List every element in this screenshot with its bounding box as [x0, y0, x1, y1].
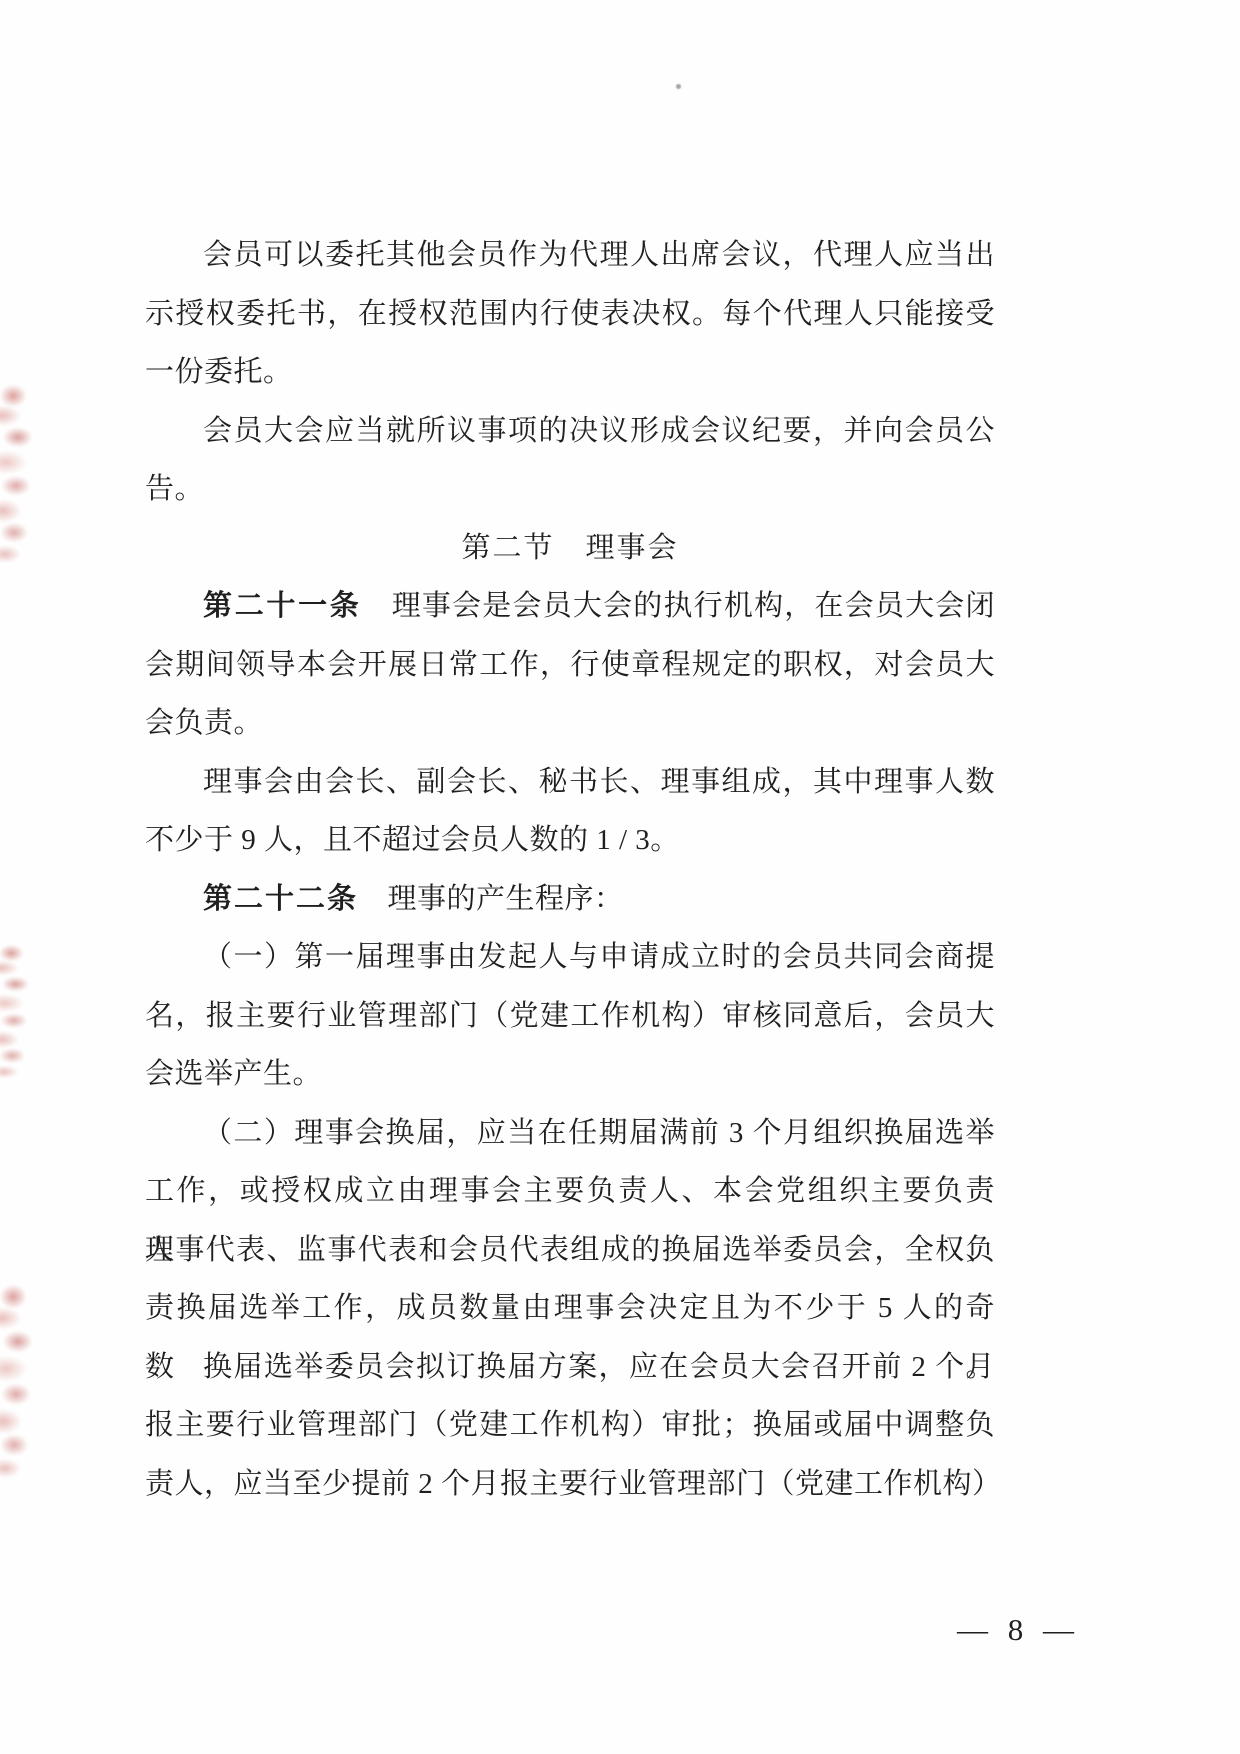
document-page: 会员可以委托其他会员作为代理人出席会议，代理人应当出示授权委托书，在授权范围内行… [0, 0, 1240, 1754]
red-stamp-remnant [0, 385, 38, 565]
text-line: 会负责。 [145, 694, 995, 753]
text-line: 第二十一条 理事会是会员大会的执行机构，在会员大会闭 [145, 577, 995, 636]
text-line: 工作，或授权成立由理事会主要负责人、本会党组织主要负责人、 [145, 1162, 995, 1221]
text-line: 不少于 9 人，且不超过会员人数的 1 / 3。 [145, 811, 995, 870]
text-line: （一）第一届理事由发起人与申请成立时的会员共同会商提 [145, 928, 995, 987]
article-number: 第二十二条 [203, 883, 358, 915]
text-line: 告。 [145, 460, 995, 519]
red-stamp-remnant [0, 945, 34, 1080]
text-line: 换届选举委员会拟订换届方案，应在会员大会召开前 2 个月 [145, 1338, 995, 1397]
text-line: 会员大会应当就所议事项的决议形成会议纪要，并向会员公 [145, 402, 995, 461]
red-stamp-remnant [0, 1285, 38, 1480]
text-block: 会员可以委托其他会员作为代理人出席会议，代理人应当出示授权委托书，在授权范围内行… [145, 226, 995, 1513]
text-line: 会期间领导本会开展日常工作，行使章程规定的职权，对会员大 [145, 636, 995, 695]
text-line: 会选举产生。 [145, 1045, 995, 1104]
text-line: 报主要行业管理部门（党建工作机构）审批；换届或届中调整负 [145, 1396, 995, 1455]
text-line: 责换届选举工作，成员数量由理事会决定且为不少于 5 人的奇数。 [145, 1279, 995, 1338]
text-line: 名，报主要行业管理部门（党建工作机构）审核同意后，会员大 [145, 987, 995, 1046]
text-line: 示授权委托书，在授权范围内行使表决权。每个代理人只能接受 [145, 285, 995, 344]
text-line: 一份委托。 [145, 343, 995, 402]
text-line: 理事代表、监事代表和会员代表组成的换届选举委员会，全权负 [145, 1221, 995, 1280]
scan-speck [676, 84, 681, 89]
article-number: 第二十一条 [203, 590, 362, 622]
text-line: 理事会由会长、副会长、秘书长、理事组成，其中理事人数 [145, 753, 995, 812]
text-line: 责人，应当至少提前 2 个月报主要行业管理部门（党建工作机构） [145, 1455, 995, 1514]
text-line: 会员可以委托其他会员作为代理人出席会议，代理人应当出 [145, 226, 995, 285]
page-number: — 8 — [957, 1612, 1080, 1648]
text-line: （二）理事会换届，应当在任期届满前 3 个月组织换届选举 [145, 1104, 995, 1163]
text-line: 第二十二条 理事的产生程序： [145, 870, 995, 929]
text-line: 第二节 理事会 [145, 519, 995, 578]
